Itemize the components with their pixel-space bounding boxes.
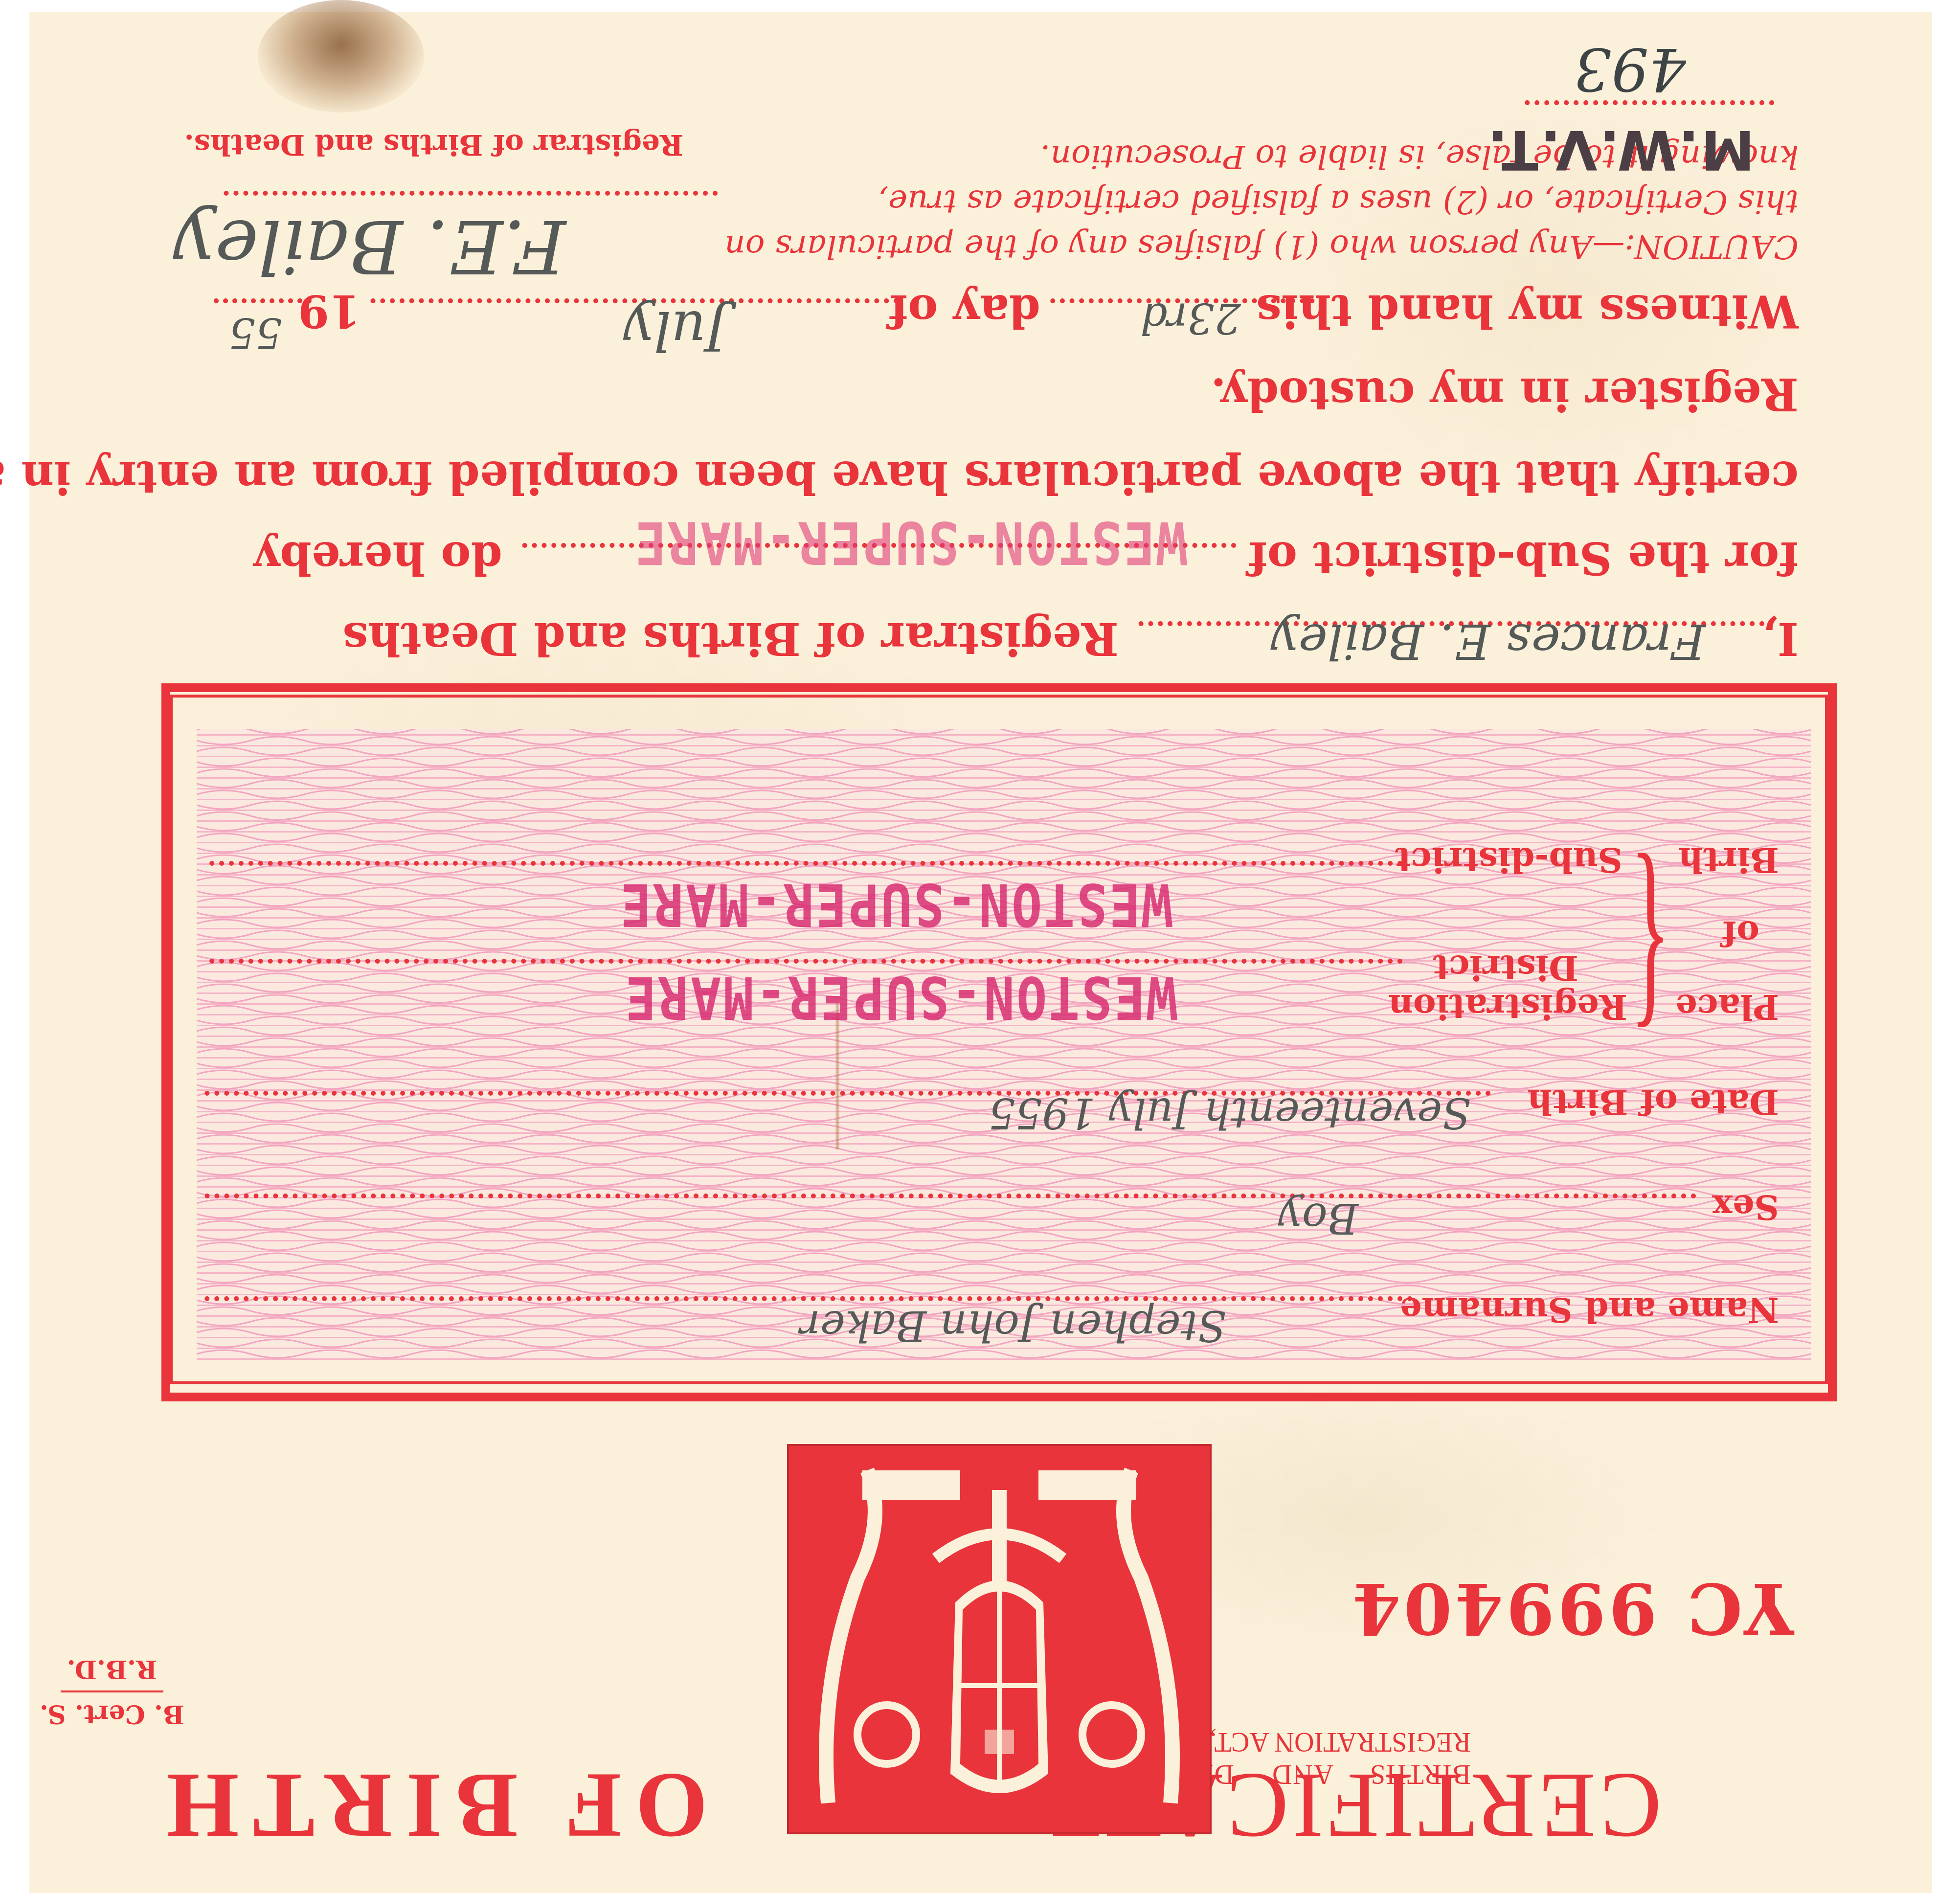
royal-coat-of-arms-icon [787,1444,1212,1834]
witness-year-prefix: 19 [298,285,360,338]
registrar-signature: F.E. Bailey [174,203,566,289]
form-code: B. Cert. S. R.B.D. [40,1651,184,1732]
serial-number: YC 999404 [1350,1567,1794,1648]
sex-dotted-line [204,1194,1696,1198]
reference-number: 493 [1574,35,1686,103]
cert-line-1: I, [1762,612,1799,665]
cert-line-3: certify that the above particulars have … [0,451,1799,504]
witness-day: 23rd [1140,293,1241,342]
place-of-label: of [1722,913,1759,954]
certificate-page: YC 999404 BIRTHS AND DEATHS REGISTRATION… [0,0,1960,1893]
signature-dotted-line [224,191,718,196]
subdistrict-stamp: WESTON-SUPER-MARE [633,508,1187,577]
name-dotted-line [204,1296,1412,1301]
witness-day-of: day of [889,285,1040,338]
form-code-line-1: B. Cert. S. [40,1696,184,1732]
cert-line-2-prefix: for the Sub-district of [1248,532,1799,585]
sex-value: Boy [1278,1194,1358,1242]
witness-prefix: Witness my hand this [1256,285,1799,338]
guilloche-wave-pattern [197,729,1811,1360]
caution-line-2: this Certificate, or (2) uses a falsifie… [724,179,1799,224]
place-birth-label: Birth [1678,840,1779,880]
dob-value: Seventeenth July 1955 [989,1088,1471,1137]
form-code-line-2: R.B.D. [40,1651,184,1687]
reg-district-label-1: Registration [1388,987,1627,1027]
witness-year: 55 [229,308,282,357]
witness-month: July [624,299,727,362]
cert-line-4: Register in my custody. [1211,368,1799,421]
cert-line-2-suffix: do hereby [254,532,502,585]
signature-title: Registrar of Births and Deaths. [184,128,683,161]
water-stain [258,0,424,113]
name-value: Stephen John Baker [800,1301,1226,1350]
witness-year-dotted-line [214,298,312,303]
reg-district-label-2: District [1433,947,1578,988]
sex-label: Sex [1712,1187,1779,1228]
brace-icon: { [1630,846,1671,1057]
registrar-name: Frances E. Bailey [1271,613,1706,670]
sub-district-label: Sub-district [1395,840,1622,880]
name-label: Name and Surname [1400,1290,1779,1330]
caution-line-1: CAUTION:—Any person who (1) falsifies an… [724,224,1799,269]
place-label: Place [1675,987,1779,1027]
sub-district-stamp: WESTON-SUPER-MARE [619,870,1172,939]
dob-label: Date of Birth [1528,1082,1779,1123]
sub-district-dotted-line [209,861,1402,866]
form-code-divider [61,1690,163,1692]
title-of-birth: OF BIRTH [153,1752,708,1859]
office-stamp: M.W.V.T. [1486,118,1755,181]
cert-line-1-suffix: Registrar of Births and Deaths [343,612,1119,665]
reg-district-stamp: WESTON-SUPER-MARE [624,963,1177,1032]
cert-i: I, [1762,612,1799,665]
